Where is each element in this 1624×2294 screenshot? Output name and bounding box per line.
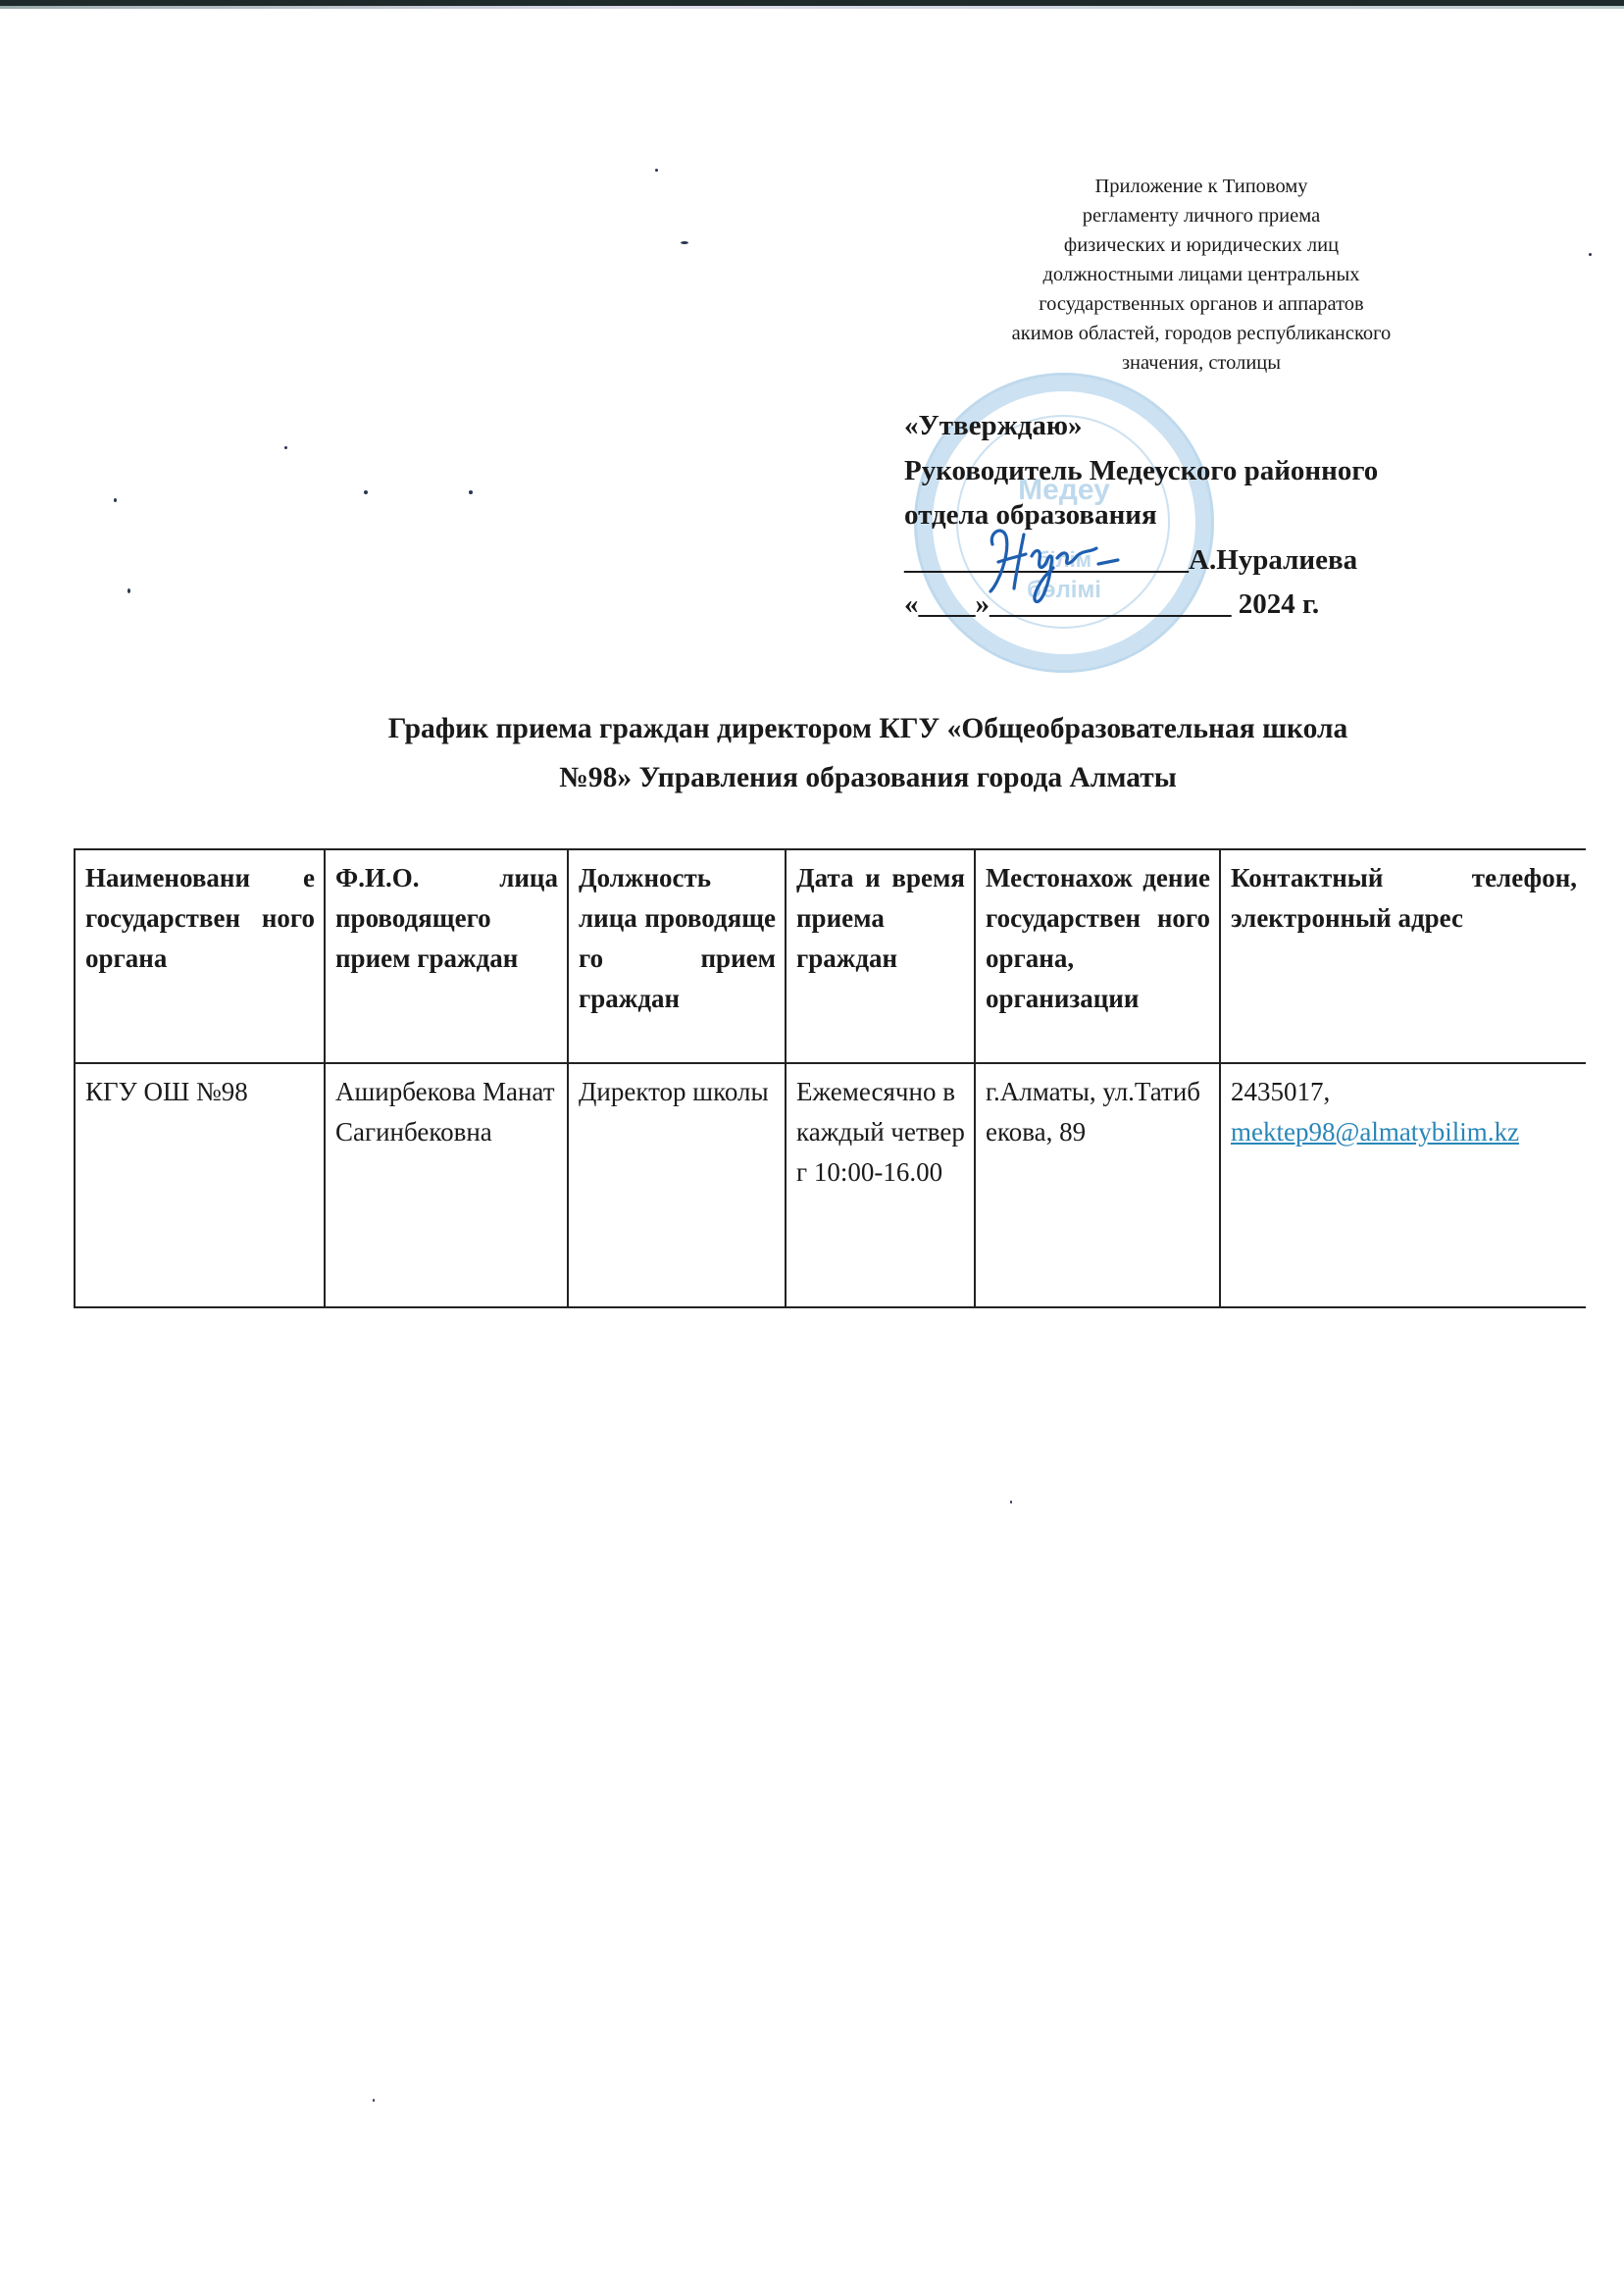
approver-position: Руководитель Медеуского районного <box>904 449 1532 494</box>
reception-schedule-table: Наименовани е государствен ного органа Ф… <box>74 848 1586 1308</box>
scan-top-edge-shadow <box>0 6 1624 9</box>
signature-icon <box>981 515 1128 608</box>
column-header-location: Местонахож дение государствен ного орган… <box>975 849 1220 1063</box>
title-line-2: №98» Управления образования города Алмат… <box>118 753 1618 802</box>
appendix-line: значения, столицы <box>937 348 1466 378</box>
scan-speck <box>373 2099 375 2102</box>
scan-speck <box>284 446 287 449</box>
contact-phone: 2435017, <box>1231 1077 1330 1106</box>
scan-speck <box>1010 1501 1012 1504</box>
scan-speck <box>1589 253 1592 256</box>
column-header-datetime: Дата и время приема граждан <box>786 849 975 1063</box>
column-header-contacts: Контактный телефон, электронный адрес <box>1220 849 1586 1063</box>
contact-email-link[interactable]: mektep98@almatybilim.kz <box>1231 1117 1519 1147</box>
cell-datetime: Ежемесячно в каждый четверг 10:00-16.00 <box>786 1063 975 1307</box>
column-header-fio: Ф.И.О. лица проводящего прием граждан <box>325 849 568 1063</box>
cell-contacts: 2435017, mektep98@almatybilim.kz <box>1220 1063 1586 1307</box>
appendix-line: должностными лицами центральных <box>937 260 1466 289</box>
title-line-1: График приема граждан директором КГУ «Об… <box>118 704 1618 753</box>
appendix-line: государственных органов и аппаратов <box>937 289 1466 319</box>
appendix-note: Приложение к Типовому регламенту личного… <box>937 172 1466 378</box>
approve-label: «Утверждаю» <box>904 404 1532 449</box>
scan-speck <box>681 241 688 244</box>
table-header-row: Наименовани е государствен ного органа Ф… <box>75 849 1586 1063</box>
appendix-line: физических и юридических лиц <box>937 230 1466 260</box>
scan-speck <box>364 490 368 494</box>
cell-organ: КГУ ОШ №98 <box>75 1063 325 1307</box>
scan-speck <box>655 169 658 172</box>
column-header-position: Должность лица проводяще го прием гражда… <box>568 849 786 1063</box>
scan-speck <box>127 588 130 593</box>
scan-speck <box>469 490 473 494</box>
appendix-line: регламенту личного приема <box>937 201 1466 230</box>
appendix-line: акимов областей, городов республиканског… <box>937 319 1466 348</box>
cell-location: г.Алматы, ул.Татибекова, 89 <box>975 1063 1220 1307</box>
page-title: График приема граждан директором КГУ «Об… <box>118 704 1618 802</box>
appendix-line: Приложение к Типовому <box>937 172 1466 201</box>
scan-speck <box>114 498 117 502</box>
column-header-organ: Наименовани е государствен ного органа <box>75 849 325 1063</box>
cell-position: Директор школы <box>568 1063 786 1307</box>
cell-fio: Аширбекова Манат Сагинбековна <box>325 1063 568 1307</box>
table-row: КГУ ОШ №98 Аширбекова Манат Сагинбековна… <box>75 1063 1586 1307</box>
